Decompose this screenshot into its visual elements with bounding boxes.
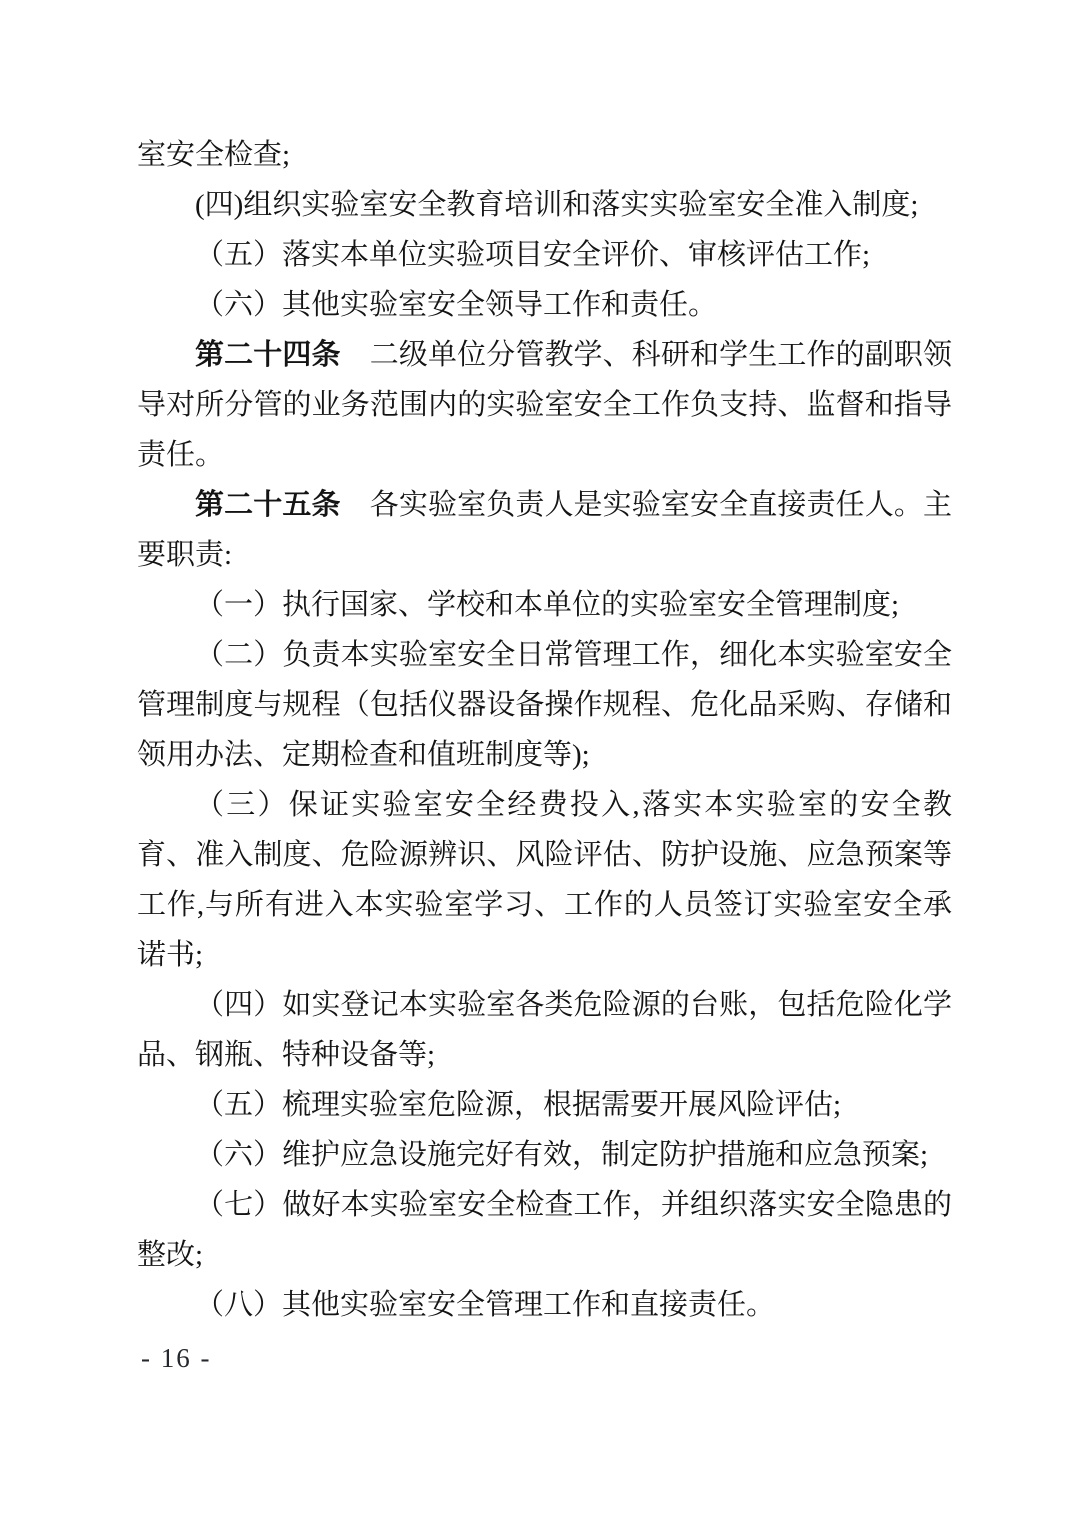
paragraph-list-item: （六）其他实验室安全领导工作和责任。 [137, 280, 952, 330]
page-number: - 16 - [141, 1342, 211, 1374]
paragraph-list-item: （一）执行国家、学校和本单位的实验室安全管理制度; [137, 580, 952, 630]
paragraph-list-item: （八）其他实验室安全管理工作和直接责任。 [137, 1280, 952, 1330]
article-number: 第二十四条 [195, 339, 341, 371]
paragraph-text: （二）负责本实验室安全日常管理工作，细化本实验室安全管理制度与规程（包括仪器设备… [137, 639, 952, 771]
paragraph-text: (四)组织实验室安全教育培训和落实实验室安全准入制度; [195, 189, 918, 221]
paragraph-text: （八）其他实验室安全管理工作和直接责任。 [195, 1289, 775, 1321]
paragraph-text: （一）执行国家、学校和本单位的实验室安全管理制度; [195, 589, 899, 621]
document-page: 室安全检查; (四)组织实验室安全教育培训和落实实验室安全准入制度; （五）落实… [0, 0, 1080, 1528]
paragraph-text: （六）其他实验室安全领导工作和责任。 [195, 289, 717, 321]
paragraph-list-item: （六）维护应急设施完好有效，制定防护措施和应急预案; [137, 1130, 952, 1180]
document-body: 室安全检查; (四)组织实验室安全教育培训和落实实验室安全准入制度; （五）落实… [137, 130, 952, 1330]
paragraph-text: （七）做好本实验室安全检查工作，并组织落实安全隐患的整改; [137, 1189, 952, 1271]
paragraph-list-item: (四)组织实验室安全教育培训和落实实验室安全准入制度; [137, 180, 952, 230]
paragraph-list-item: （五）梳理实验室危险源，根据需要开展风险评估; [137, 1080, 952, 1130]
paragraph-text: （五）梳理实验室危险源，根据需要开展风险评估; [195, 1089, 841, 1121]
paragraph-list-item: （二）负责本实验室安全日常管理工作，细化本实验室安全管理制度与规程（包括仪器设备… [137, 630, 952, 780]
article-number: 第二十五条 [195, 489, 341, 521]
paragraph-list-item: （七）做好本实验室安全检查工作，并组织落实安全隐患的整改; [137, 1180, 952, 1280]
paragraph-article: 第二十四条 二级单位分管教学、科研和学生工作的副职领导对所分管的业务范围内的实验… [137, 330, 952, 480]
paragraph-list-item: （四）如实登记本实验室各类危险源的台账，包括危险化学品、钢瓶、特种设备等; [137, 980, 952, 1080]
paragraph-list-item: （五）落实本单位实验项目安全评价、审核评估工作; [137, 230, 952, 280]
paragraph-text: （四）如实登记本实验室各类危险源的台账，包括危险化学品、钢瓶、特种设备等; [137, 989, 952, 1071]
paragraph-text: （三）保证实验室安全经费投入,落实本实验室的安全教育、准入制度、危险源辨识、风险… [137, 789, 952, 971]
paragraph-text: 室安全检查; [137, 139, 290, 171]
paragraph-text: （六）维护应急设施完好有效，制定防护措施和应急预案; [195, 1139, 928, 1171]
paragraph-continuation: 室安全检查; [137, 130, 952, 180]
paragraph-list-item: （三）保证实验室安全经费投入,落实本实验室的安全教育、准入制度、危险源辨识、风险… [137, 780, 952, 980]
paragraph-text: （五）落实本单位实验项目安全评价、审核评估工作; [195, 239, 870, 271]
paragraph-article: 第二十五条 各实验室负责人是实验室安全直接责任人。主要职责: [137, 480, 952, 580]
